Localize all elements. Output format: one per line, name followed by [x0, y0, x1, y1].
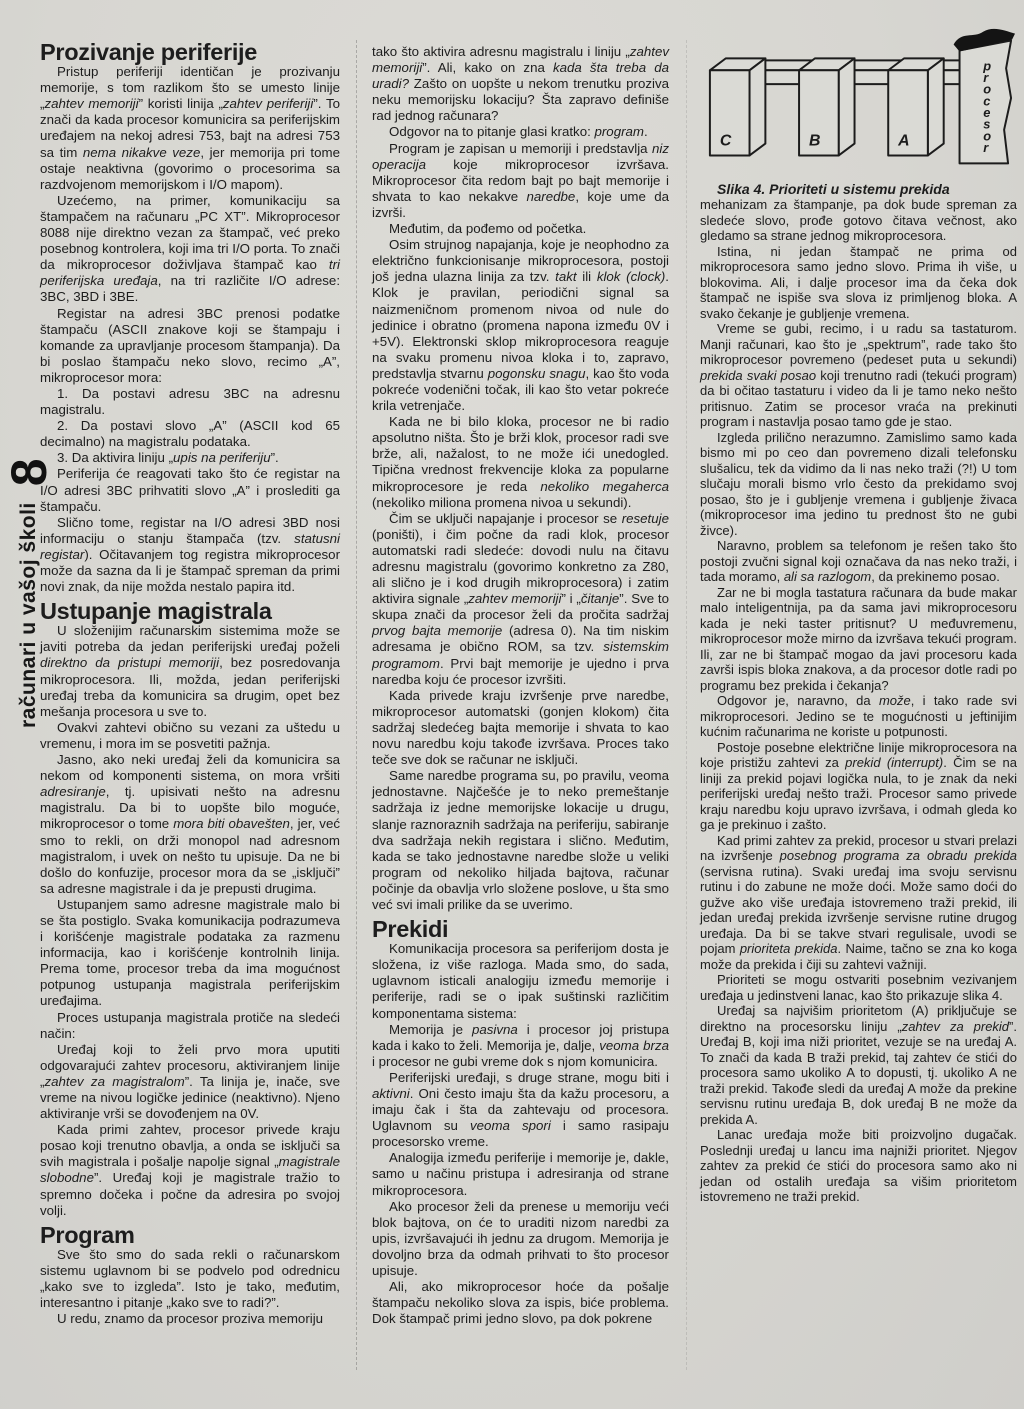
paragraph: 3. Da aktivira liniju „upis na periferij…: [40, 450, 340, 466]
paragraph: Analogija između periferije i memorije j…: [372, 1150, 669, 1198]
paragraph: Kada privede kraju izvršenje prve naredb…: [372, 688, 669, 768]
paragraph: Međutim, da pođemo od početka.: [372, 221, 669, 237]
paragraph: Izgleda prilično nerazumno. Zamislimo sa…: [700, 430, 1017, 539]
column-right: C B A procesor Slika 4. Prioriteti u sis…: [700, 26, 1017, 1205]
paragraph: Vreme se gubi, recimo, i u radu sa tasta…: [700, 321, 1017, 430]
paragraph: Odgovor je, naravno, da može, i tako rad…: [700, 693, 1017, 740]
column-divider: [356, 40, 357, 1370]
figure-priority-chain: C B A procesor: [700, 26, 1017, 176]
paragraph: U redu, znamo da procesor proziva memori…: [40, 1311, 340, 1327]
paragraph: 1. Da postavi adresu 3BC na adresnu magi…: [40, 386, 340, 418]
paragraph: mehanizam za štampanje, pa dok bude spre…: [700, 197, 1017, 244]
paragraph: Memorija je pasivna i procesor joj prist…: [372, 1022, 669, 1070]
paragraph: Prioriteti se mogu ostvariti posebnim ve…: [700, 972, 1017, 1003]
column-left: Prozivanje periferijePristup periferiji …: [40, 44, 340, 1327]
figure-caption: Slika 4. Prioriteti u sistemu prekida: [700, 182, 1017, 198]
paragraph: Registar na adresi 3BC prenosi podatke š…: [40, 306, 340, 386]
paragraph: Zar ne bi mogla tastatura računara da bu…: [700, 585, 1017, 694]
paragraph: Kad primi zahtev za prekid, procesor u s…: [700, 833, 1017, 973]
paragraph: Čim se uključi napajanje i procesor se r…: [372, 511, 669, 688]
paragraph: Program je zapisan u memoriji i predstav…: [372, 141, 669, 221]
paragraph: Uređaj sa najvišim prioritetom (A) prikl…: [700, 1003, 1017, 1127]
paragraph: U složenijim računarskim sistemima može …: [40, 623, 340, 720]
paragraph: Uređaj koji to želi prvo mora uputiti od…: [40, 1042, 340, 1122]
paragraph: Postoje posebne električne linije mikrop…: [700, 740, 1017, 833]
paragraph: Pristup periferiji identičan je prozivan…: [40, 64, 340, 193]
paragraph: Proces ustupanja magistrala protiče na s…: [40, 1010, 340, 1042]
series-title: računari u vašoj školi: [17, 502, 41, 728]
block-label-c: C: [720, 133, 732, 150]
paragraph: 2. Da postavi slovo „A” (ASCII kod 65 de…: [40, 418, 340, 450]
paragraph: Slično tome, registar na I/O adresi 3BD …: [40, 515, 340, 595]
paragraph: Ako procesor želi da prenese u memoriju …: [372, 1199, 669, 1279]
paragraph: Ustupanjem samo adresne magistrale malo …: [40, 897, 340, 1010]
block-label-a: A: [897, 133, 909, 150]
paragraph: Sve što smo do sada rekli o računarskom …: [40, 1247, 340, 1311]
paragraph: Same naredbe programa su, po pravilu, ve…: [372, 768, 669, 913]
section-heading: Prozivanje periferije: [40, 44, 340, 60]
paragraph: Jasno, ako neki uređaj želi da komunicir…: [40, 752, 340, 897]
paragraph: tako što aktivira adresnu magistralu i l…: [372, 44, 669, 124]
magazine-page: { "page": { "number": "8", "sidebar_labe…: [0, 0, 1024, 1409]
block-label-b: B: [809, 133, 820, 150]
paragraph: Periferijski uređaji, s druge strane, mo…: [372, 1070, 669, 1150]
priority-chain-diagram: C B A procesor: [700, 26, 1017, 172]
section-heading: Ustupanje magistrala: [40, 603, 340, 619]
paragraph: Ali, ako mikroprocesor hoće da pošalje š…: [372, 1279, 669, 1327]
paragraph: Lanac uređaja može biti proizvoljno duga…: [700, 1127, 1017, 1205]
paragraph: Odgovor na to pitanje glasi kratko: prog…: [372, 124, 669, 140]
section-heading: Prekidi: [372, 921, 669, 937]
paragraph: Komunikacija procesora sa periferijom do…: [372, 941, 669, 1021]
paragraph: Istina, ni jedan štampač ne prima od mik…: [700, 244, 1017, 322]
paragraph: Periferija će reagovati tako što će regi…: [40, 466, 340, 514]
paragraph: Ovakvi zahtevi obično su vezani za ušted…: [40, 720, 340, 752]
section-heading: Program: [40, 1227, 340, 1243]
paragraph: Naravno, problem sa telefonom je rešen t…: [700, 538, 1017, 585]
paragraph: Osim strujnog napajanja, koje je neophod…: [372, 237, 669, 414]
paragraph: Kada primi zahtev, procesor privede kraj…: [40, 1122, 340, 1219]
column-divider: [686, 40, 687, 1370]
column-middle: tako što aktivira adresnu magistralu i l…: [372, 44, 669, 1327]
paragraph: Uzećemo, na primer, komunikaciju sa štam…: [40, 193, 340, 306]
processor-label: procesor: [982, 58, 991, 155]
paragraph: Kada ne bi bilo kloka, procesor ne bi ra…: [372, 414, 669, 511]
